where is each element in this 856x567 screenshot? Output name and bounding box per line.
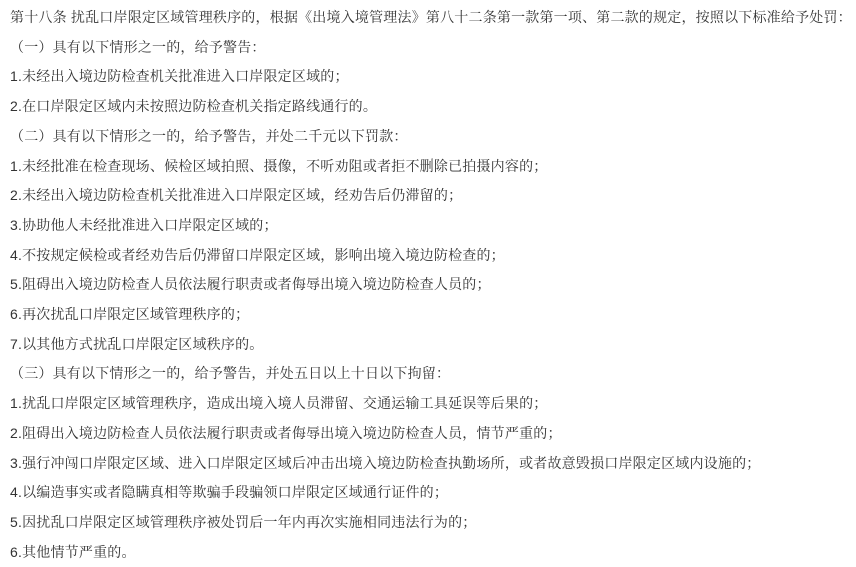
clause-3-item-3: 3.强行冲闯口岸限定区域、进入口岸限定区域后冲击出境入境边防检查执勤场所，或者故… xyxy=(10,449,856,479)
clause-2-item-6: 6.再次扰乱口岸限定区域管理秩序的； xyxy=(10,300,856,330)
clause-3-item-1: 1.扰乱口岸限定区域管理秩序，造成出境入境人员滞留、交通运输工具延误等后果的； xyxy=(10,389,856,419)
clause-2-item-5: 5.阻碍出入境边防检查人员依法履行职责或者侮辱出境入境边防检查人员的； xyxy=(10,270,856,300)
clause-2-item-7: 7.以其他方式扰乱口岸限定区域秩序的。 xyxy=(10,330,856,360)
clause-1-heading: （一）具有以下情形之一的，给予警告： xyxy=(10,33,856,63)
clause-3-item-6: 6.其他情节严重的。 xyxy=(10,538,856,567)
clause-3-item-2: 2.阻碍出入境边防检查人员依法履行职责或者侮辱出境入境边防检查人员，情节严重的； xyxy=(10,419,856,449)
clause-2-item-1: 1.未经批准在检查现场、候检区域拍照、摄像，不听劝阻或者拒不删除已拍摄内容的； xyxy=(10,152,856,182)
clause-2-item-4: 4.不按规定候检或者经劝告后仍滞留口岸限定区域，影响出境入境边防检查的； xyxy=(10,241,856,271)
clause-1-item-1: 1.未经出入境边防检查机关批准进入口岸限定区域的； xyxy=(10,62,856,92)
clause-3-heading: （三）具有以下情形之一的，给予警告，并处五日以上十日以下拘留： xyxy=(10,359,856,389)
clause-3-item-4: 4.以编造事实或者隐瞒真相等欺骗手段骗领口岸限定区域通行证件的； xyxy=(10,478,856,508)
clause-2-heading: （二）具有以下情形之一的，给予警告，并处二千元以下罚款： xyxy=(10,122,856,152)
legal-article-page: 第十八条 扰乱口岸限定区域管理秩序的，根据《出境入境管理法》第八十二条第一款第一… xyxy=(0,0,856,567)
article-18-intro: 第十八条 扰乱口岸限定区域管理秩序的，根据《出境入境管理法》第八十二条第一款第一… xyxy=(10,3,856,33)
clause-1-item-2: 2.在口岸限定区域内未按照边防检查机关指定路线通行的。 xyxy=(10,92,856,122)
clause-3-item-5: 5.因扰乱口岸限定区域管理秩序被处罚后一年内再次实施相同违法行为的； xyxy=(10,508,856,538)
clause-2-item-3: 3.协助他人未经批准进入口岸限定区域的； xyxy=(10,211,856,241)
clause-2-item-2: 2.未经出入境边防检查机关批准进入口岸限定区域，经劝告后仍滞留的； xyxy=(10,181,856,211)
